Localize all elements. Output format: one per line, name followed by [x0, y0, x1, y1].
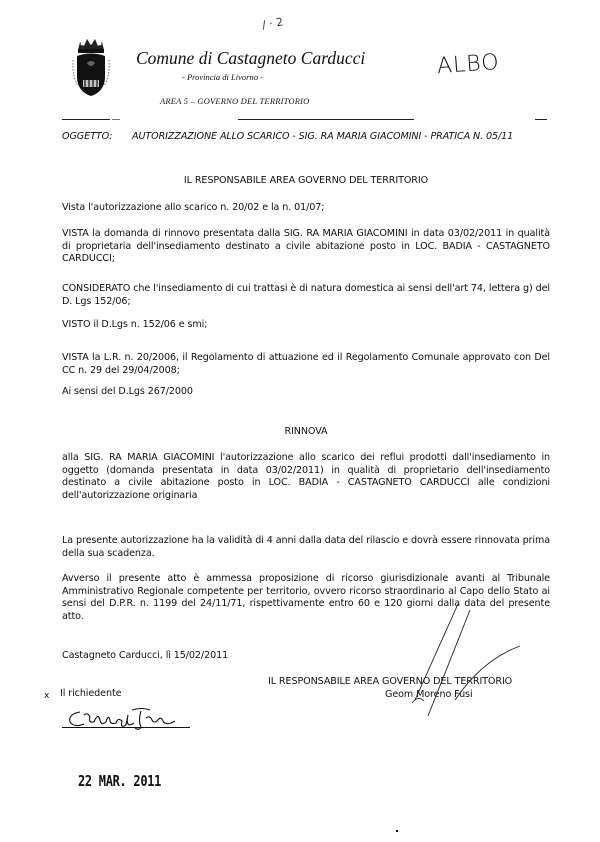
signature-strokes — [0, 0, 600, 842]
applicant-signature-icon — [70, 712, 134, 726]
speck — [396, 830, 398, 832]
document-page: / · 2 Comune di Castagneto Carducci - Pr… — [0, 0, 600, 842]
official-signature-icon — [415, 604, 520, 716]
received-date-stamp: 22 MAR. 2011 — [78, 772, 161, 790]
